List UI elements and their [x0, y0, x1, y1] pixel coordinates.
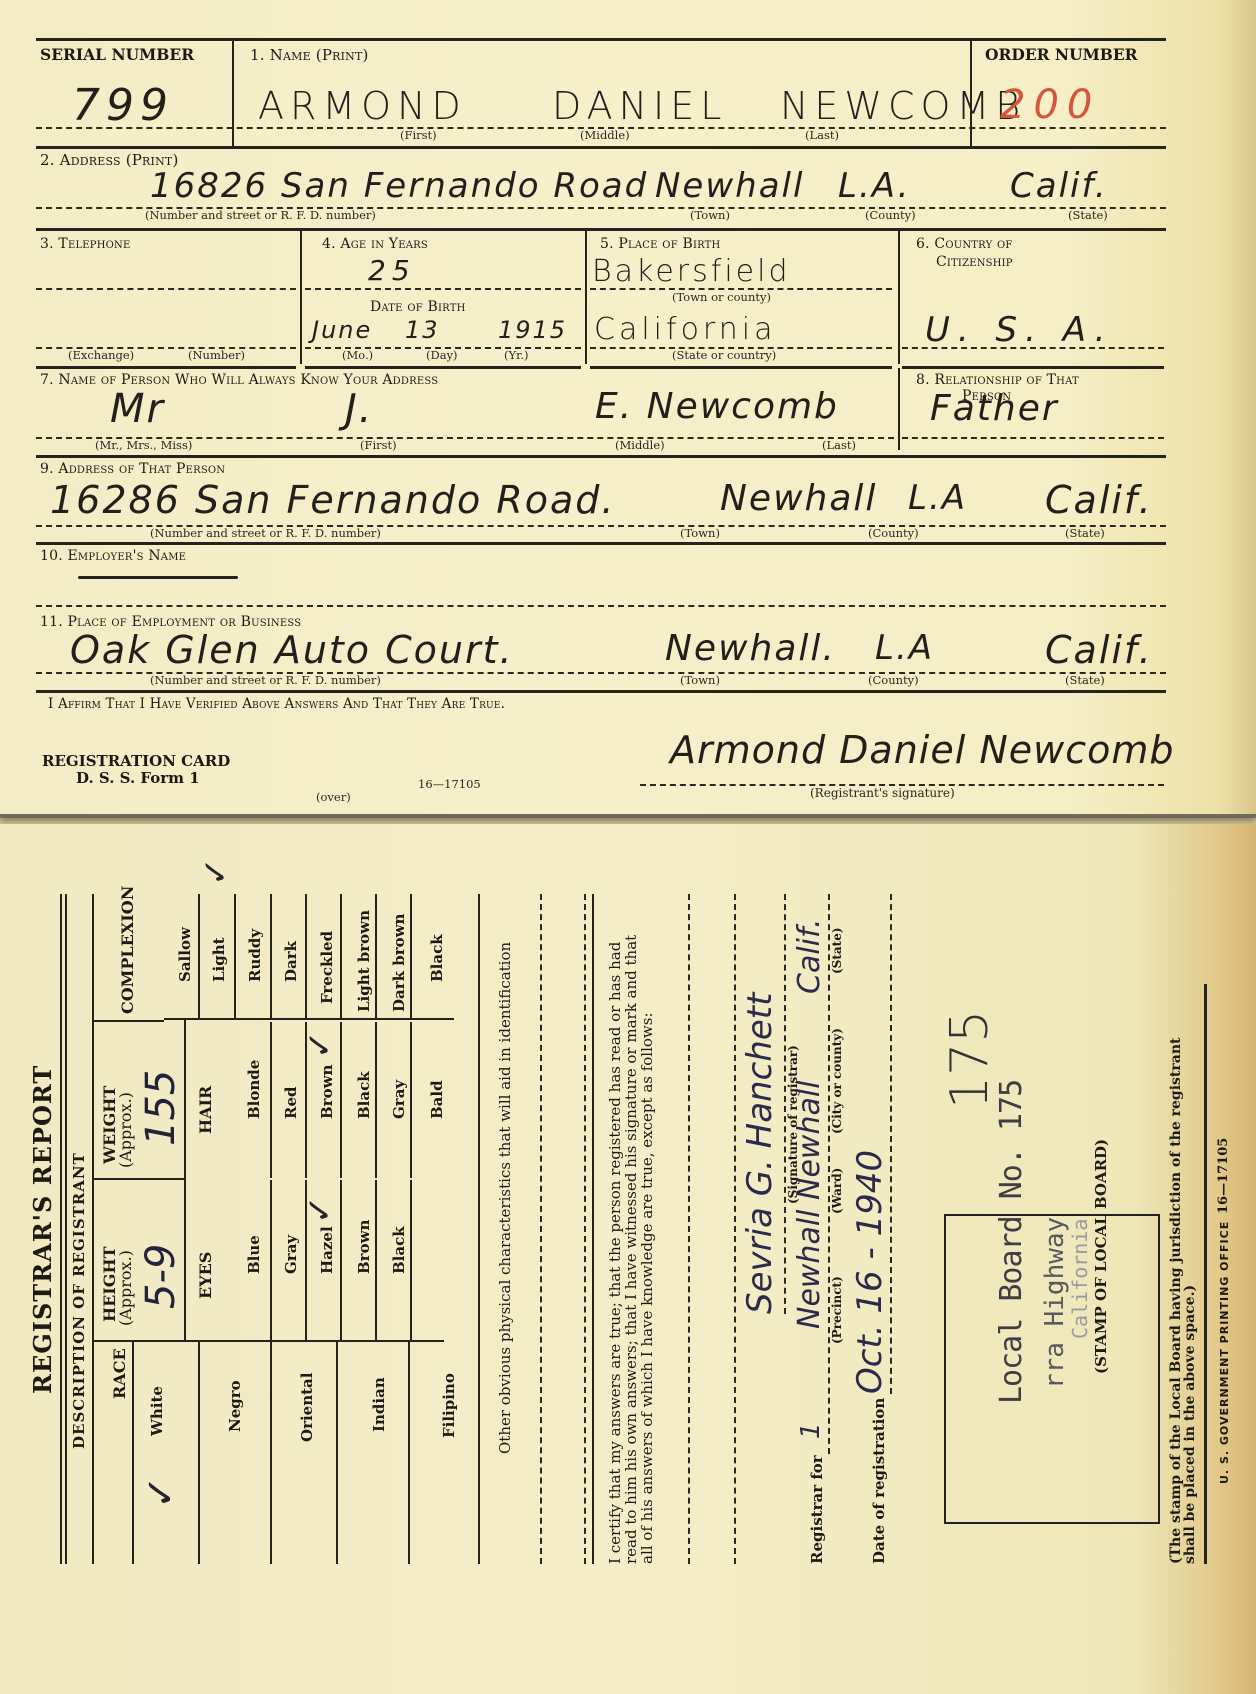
race-option-indian: Indian: [370, 1377, 388, 1432]
caption-first: (First): [360, 438, 397, 452]
contact-address-label: 9. Address of That Person: [40, 461, 225, 477]
rule: [340, 1180, 342, 1340]
printer-label: U. S. GOVERNMENT PRINTING OFFICE: [1218, 1221, 1231, 1484]
registrar-signature: Sevria G. Hanchett: [740, 993, 780, 1314]
contact-address-state: Calif.: [1045, 478, 1153, 522]
divider: [94, 1340, 444, 1342]
caption-state: (State): [1065, 526, 1105, 540]
rule: [198, 894, 200, 1020]
caption-county: (County): [865, 208, 916, 222]
rule: [36, 146, 1166, 149]
date-line: [890, 894, 892, 1394]
top-rule: [36, 38, 1166, 41]
report-title: REGISTRAR'S REPORT: [28, 1065, 57, 1394]
height-header-2: (Approx.): [118, 1250, 135, 1326]
caption-middle: (Middle): [615, 438, 665, 452]
citizenship-label-1: 6. Country of: [916, 236, 1013, 252]
caption-title: (Mr., Mrs., Miss): [95, 438, 192, 452]
employer-blank-stroke: [78, 576, 238, 579]
eyes-option-black: Black: [390, 1226, 408, 1274]
rule: [270, 1342, 272, 1564]
rule: [410, 1022, 412, 1178]
eyes-hazel-check-icon: ✓: [300, 1196, 340, 1225]
divider: [300, 230, 302, 364]
caption-city: (City or county): [830, 1028, 844, 1134]
eyes-option-brown: Brown: [355, 1220, 373, 1274]
rule: [65, 894, 67, 1564]
caption-town: (Town): [680, 526, 720, 540]
employer-line: [36, 605, 1166, 607]
divider: [232, 40, 234, 146]
dob-day: 13: [405, 316, 440, 344]
rule: [132, 1342, 134, 1564]
caption-town: (Town): [690, 208, 730, 222]
rule: [375, 894, 377, 1020]
complexion-option-sallow: Sallow: [176, 927, 194, 982]
registrant-signature: Armond Daniel Newcomb: [670, 728, 1175, 772]
citizenship-label-2: Citizenship: [936, 254, 1013, 270]
eyes-option-gray: Gray: [282, 1235, 300, 1274]
rule: [408, 1342, 410, 1564]
employment-state: Calif.: [1045, 628, 1153, 672]
rule: [36, 228, 1166, 231]
telephone-line: [36, 288, 296, 290]
eyes-header: EYES: [198, 1252, 215, 1299]
rule: [270, 1180, 272, 1340]
complexion-option-dark: Dark: [282, 941, 300, 982]
stamp-caption: (STAMP OF LOCAL BOARD): [1092, 1139, 1110, 1374]
complexion-light-check-icon: ✓: [196, 858, 236, 887]
print-code: 16—17105: [418, 777, 481, 791]
caption-precinct: (Precinct): [830, 1276, 844, 1344]
employment-county: L.A: [875, 628, 934, 668]
registrars-report: REGISTRAR'S REPORT DESCRIPTION OF REGIST…: [0, 824, 1256, 1694]
birth-state: California: [594, 312, 776, 347]
order-number-label: ORDER NUMBER: [985, 45, 1138, 64]
complexion-option-light-brown: Light brown: [355, 910, 373, 1012]
rule: [36, 366, 296, 369]
weight-value: 155: [138, 1070, 184, 1146]
caption-number: (Number): [188, 348, 245, 362]
contact-title: Mr: [110, 386, 165, 432]
contact-address-county: L.A: [908, 478, 967, 518]
dob-month: June: [312, 316, 372, 344]
registration-card-front: SERIAL NUMBER 1. Name (Print) ORDER NUMB…: [0, 0, 1256, 818]
serial-number-label: SERIAL NUMBER: [40, 45, 194, 64]
divider: [585, 230, 587, 364]
precinct-value: 1: [796, 1422, 826, 1439]
caption-exchange: (Exchange): [68, 348, 134, 362]
complexion-option-light: Light: [210, 937, 228, 982]
exceptions-line-1: [688, 894, 690, 1564]
caption-state-country: (State or country): [672, 348, 776, 362]
contact-first: J.: [345, 386, 374, 432]
stamp-handwritten-number: 175: [940, 1010, 1000, 1109]
divider: [94, 1178, 184, 1180]
stamp-line-1: Local Board No. 175: [994, 1080, 1029, 1404]
complexion-option-ruddy: Ruddy: [246, 929, 264, 982]
contact-person-label: 7. Name of Person Who Will Always Know Y…: [40, 372, 438, 388]
complexion-header: COMPLEXION: [120, 886, 137, 1014]
name-middle: DANIEL: [552, 84, 727, 128]
stamp-note-2: shall be placed in the above space.): [1182, 1285, 1198, 1564]
rule: [336, 1342, 338, 1564]
rule: [375, 1180, 377, 1340]
age-value: 25: [368, 254, 416, 287]
rule: [478, 894, 480, 1564]
complexion-option-dark-brown: Dark brown: [390, 914, 408, 1012]
rule: [340, 894, 342, 1020]
address-town: Newhall: [655, 166, 804, 206]
eyes-option-hazel: Hazel: [318, 1226, 336, 1274]
caption-ward: (Ward): [830, 1168, 844, 1214]
city-value: Newhall Newhall: [792, 1080, 827, 1329]
rule: [902, 366, 1164, 369]
contact-middle-last: E. Newcomb: [595, 386, 839, 427]
age-label: 4. Age in Years: [322, 236, 428, 252]
age-line: [305, 288, 581, 290]
caption-street: (Number and street or R. F. D. number): [150, 673, 381, 687]
other-characteristics-label: Other obvious physical characteristics t…: [496, 942, 514, 1454]
caption-last: (Last): [822, 438, 856, 452]
caption-yr: (Yr.): [504, 348, 528, 362]
name-label: 1. Name (Print): [250, 46, 369, 64]
registration-card-back: REGISTRAR'S REPORT DESCRIPTION OF REGIST…: [0, 824, 1256, 1694]
race-option-oriental: Oriental: [298, 1373, 316, 1442]
employer-label: 10. Employer's Name: [40, 548, 186, 564]
height-value: 5-9: [138, 1244, 184, 1309]
rule: [270, 894, 272, 1020]
order-number-value: 200: [1000, 82, 1100, 128]
rule: [184, 1020, 186, 1340]
address-county: L.A.: [838, 166, 910, 206]
hair-option-gray: Gray: [390, 1080, 408, 1119]
caption-street: (Number and street or R. F. D. number): [150, 526, 381, 540]
hair-brown-check-icon: ✓: [300, 1031, 340, 1060]
relationship-value: Father: [930, 388, 1059, 429]
caption-last: (Last): [805, 128, 839, 142]
contact-address-street: 16286 San Fernando Road.: [50, 478, 615, 522]
eyes-option-blue: Blue: [245, 1235, 263, 1274]
rule: [36, 690, 1166, 693]
rule: [340, 1022, 342, 1178]
rule: [270, 1022, 272, 1178]
divider: [94, 1020, 164, 1022]
caption-county: (County): [868, 526, 919, 540]
employment-town: Newhall.: [665, 628, 836, 669]
citizenship-value: U. S. A.: [925, 310, 1113, 350]
registrar-for-label: Registrar for: [808, 1455, 826, 1564]
back-print-code: 16—17105: [1216, 1138, 1231, 1214]
caption-state: (State): [830, 927, 844, 974]
caption-first: (First): [400, 128, 437, 142]
hair-option-black: Black: [355, 1071, 373, 1119]
dob-label: Date of Birth: [370, 299, 466, 315]
complexion-option-black: Black: [428, 934, 446, 982]
caption-town: (Town): [680, 673, 720, 687]
rule: [60, 894, 62, 1564]
serial-number-value: 799: [72, 80, 174, 131]
state-value: Calif.: [792, 918, 827, 994]
caption-county: (County): [868, 673, 919, 687]
birth-town: Bakersfield: [592, 254, 790, 289]
hair-option-brown: Brown: [318, 1065, 336, 1119]
rule: [410, 894, 412, 1020]
stamp-line-3: California: [1068, 1219, 1092, 1339]
name-last: NEWCOMB: [780, 84, 1026, 128]
exceptions-line-2: [734, 894, 736, 1564]
caption-state: (State): [1068, 208, 1108, 222]
other-line-1: [540, 894, 542, 1564]
caption-state: (State): [1065, 673, 1105, 687]
name-first: ARMOND: [258, 84, 467, 128]
line: [902, 347, 1164, 349]
caption-day: (Day): [426, 348, 458, 362]
divider: [898, 368, 900, 450]
rule: [36, 542, 1166, 545]
hair-option-red: Red: [282, 1087, 300, 1120]
registration-card-title: REGISTRATION CARD: [42, 752, 230, 770]
hair-option-bald: Bald: [428, 1080, 446, 1119]
rule: [410, 1180, 412, 1340]
date-of-registration-label: Date of registration: [870, 1398, 888, 1564]
rule: [305, 366, 581, 369]
relationship-line: [902, 437, 1164, 439]
caption-mo: (Mo.): [342, 348, 373, 362]
rule: [592, 894, 594, 1564]
hair-option-blonde: Blonde: [245, 1060, 263, 1119]
stamp-line-2: rra Highway: [1040, 1217, 1070, 1389]
divider: [898, 230, 900, 364]
employment-street: Oak Glen Auto Court.: [70, 628, 514, 672]
rule: [305, 894, 307, 1020]
rule: [36, 455, 1166, 458]
over-label: (over): [316, 790, 351, 804]
form-number: D. S. S. Form 1: [76, 769, 200, 787]
description-subtitle: DESCRIPTION OF REGISTRANT: [70, 1152, 88, 1449]
other-line-2: [584, 894, 586, 1564]
rule: [375, 1022, 377, 1178]
telephone-label: 3. Telephone: [40, 236, 130, 252]
signature-caption: (Registrant's signature): [810, 786, 955, 800]
date-of-registration-value: Oct. 16 - 1940: [850, 1150, 890, 1394]
race-header: RACE: [112, 1348, 129, 1399]
complexion-option-freckled: Freckled: [318, 931, 336, 1004]
place-of-birth-label: 5. Place of Birth: [600, 236, 720, 252]
rule: [198, 1342, 200, 1564]
address-state: Calif.: [1010, 166, 1108, 206]
caption-middle: (Middle): [580, 128, 630, 142]
weight-header-2: (Approx.): [118, 1092, 135, 1168]
dob-year: 1915: [498, 316, 567, 344]
contact-address-town: Newhall: [720, 478, 877, 519]
caption-street: (Number and street or R. F. D. number): [145, 208, 376, 222]
address-street: 16826 San Fernando Road: [150, 166, 648, 206]
rule: [590, 366, 892, 369]
caption-birth-town: (Town or county): [672, 290, 771, 304]
certification-line-3: all of his answers of which I have knowl…: [638, 1012, 656, 1564]
relationship-label-1: 8. Relationship of That: [916, 372, 1079, 388]
race-white-check-icon: ✓: [138, 1475, 184, 1509]
rule: [1204, 984, 1207, 1564]
race-option-negro: Negro: [226, 1380, 244, 1432]
hair-header: HAIR: [198, 1086, 215, 1134]
race-option-white: White: [148, 1386, 166, 1436]
affirmation-text: I Affirm That I Have Verified Above Answ…: [48, 696, 505, 712]
rule: [234, 894, 236, 1020]
rule: [92, 894, 94, 1564]
race-option-filipino: Filipino: [440, 1373, 458, 1438]
